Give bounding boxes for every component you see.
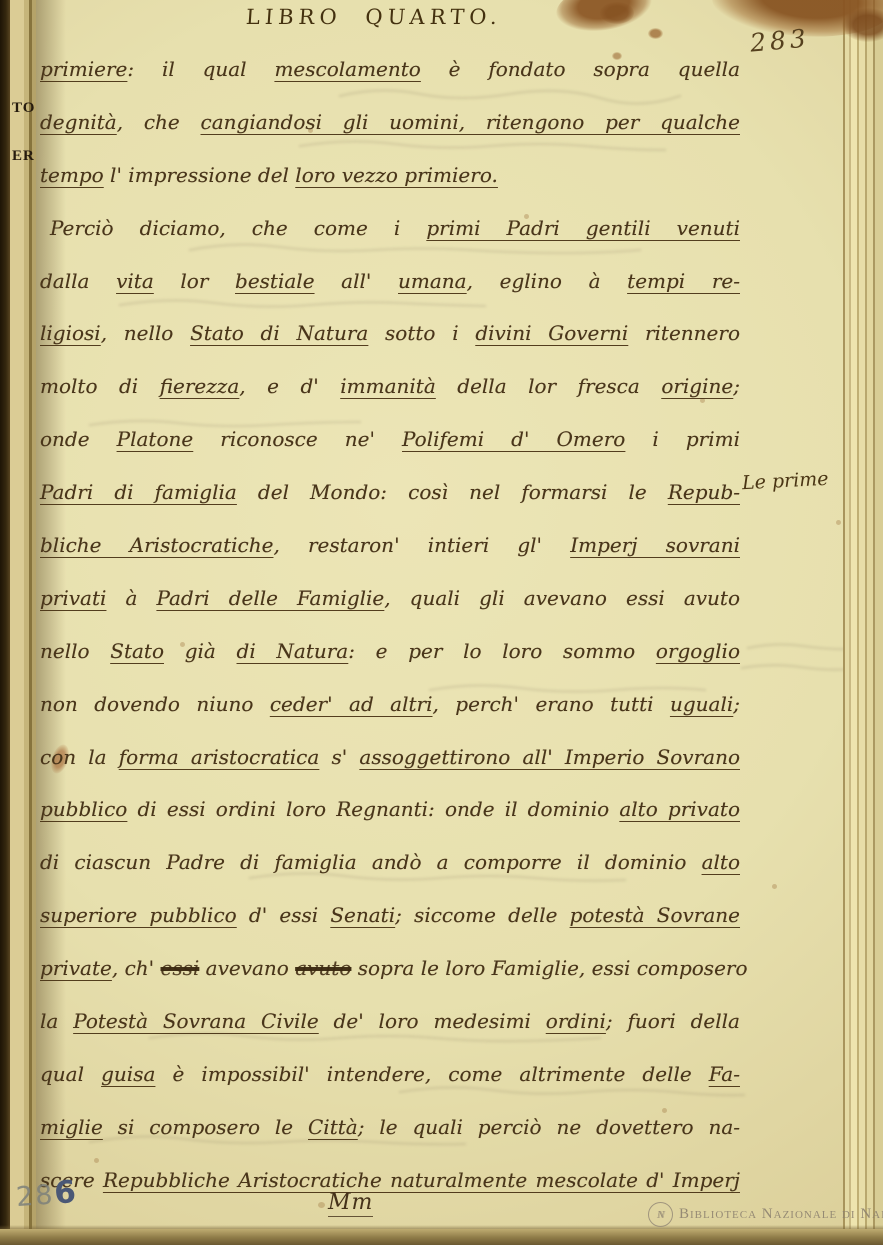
foxing-spot [836, 520, 841, 525]
manuscript-word-segment: Padri delle Famiglie [156, 586, 384, 610]
manuscript-line: superiore pubblico d' essi Senati; sicco… [40, 889, 740, 942]
manuscript-word-segment: à [106, 586, 156, 610]
manuscript-word-segment: bestiale [235, 269, 315, 293]
manuscript-line: primiere: il qual mescolamento è fondato… [40, 43, 740, 96]
manuscript-word-segment: già [164, 639, 237, 663]
manuscript-word-segment: assoggettirono all' Imperio Sovrano [359, 745, 740, 769]
manuscript-line: dalla vita lor bestiale all' umana, egli… [40, 255, 740, 308]
manuscript-word-segment: ; siccome delle [395, 903, 570, 927]
manuscript-word-segment: riconosce ne' [193, 427, 402, 451]
manuscript-word-segment: con la [40, 745, 119, 769]
manuscript-lines: primiere: il qual mescolamento è fondato… [40, 43, 740, 1207]
manuscript-word-segment: all' [315, 269, 399, 293]
page-title: LIBRO QUARTO. [245, 5, 507, 29]
manuscript-word-segment: fierezza [160, 374, 240, 398]
manuscript-word-segment: di essi ordini loro Regnanti: onde il do… [127, 797, 619, 821]
manuscript-word-segment: ; fuori della [606, 1009, 740, 1033]
manuscript-word-segment: i primi [625, 427, 740, 451]
folio-pencil-blue-digit: 6 [53, 1174, 79, 1212]
manuscript-word-segment: del Mondo: così nel formarsi le [237, 480, 668, 504]
manuscript-word-segment: nello [40, 639, 110, 663]
manuscript-word-segment: essi [161, 956, 200, 980]
manuscript-word-segment: ligiosi [40, 321, 101, 345]
manuscript-word-segment: pubblico [40, 797, 127, 821]
manuscript-word-segment: qual [40, 1062, 101, 1086]
manuscript-word-segment: : il qual [127, 57, 274, 81]
manuscript-word-segment: onde [40, 427, 117, 451]
manuscript-word-segment: , e d' [239, 374, 340, 398]
manuscript-word-segment: tempi re- [627, 269, 740, 293]
manuscript-word-segment: Repubbliche Aristocratiche naturalmente … [103, 1168, 740, 1192]
manuscript-word-segment: non dovendo niuno [40, 692, 270, 716]
manuscript-line: ligiosi, nello Stato di Natura sotto i d… [40, 307, 740, 360]
facing-page-text-fragment: ER [12, 148, 35, 165]
page-edge-stack [843, 0, 883, 1245]
manuscript-word-segment: cangiandosi gli uomini, ritengono per qu… [201, 110, 740, 134]
manuscript-word-segment: ; [733, 692, 740, 716]
manuscript-word-segment: molto di [40, 374, 160, 398]
manuscript-line: qual guisa è impossibil' intendere, come… [40, 1048, 740, 1101]
manuscript-word-segment: avuto [295, 956, 351, 980]
margin-note: Le prime [741, 468, 829, 494]
gathering-signature: Mm [328, 1190, 373, 1215]
manuscript-word-segment: privati [40, 586, 106, 610]
manuscript-word-segment: superiore pubblico [40, 903, 237, 927]
folio-pencil-grey-digits: 28 [15, 1180, 55, 1214]
manuscript-word-segment: l' impressione del [104, 163, 296, 187]
manuscript-word-segment: degnità [40, 110, 117, 134]
manuscript-word-segment: tempo [40, 163, 104, 187]
manuscript-word-segment: umana [398, 269, 467, 293]
manuscript-word-segment: private [40, 956, 112, 980]
manuscript-word-segment: , che [117, 110, 201, 134]
manuscript-word-segment: Platone [117, 427, 194, 451]
manuscript-line: non dovendo niuno ceder' ad altri, perch… [40, 678, 740, 731]
manuscript-word-segment: , ch' [112, 956, 161, 980]
manuscript-line: onde Platone riconosce ne' Polifemi d' O… [40, 413, 740, 466]
manuscript-word-segment: bliche Aristocratiche [40, 533, 273, 557]
manuscript-word-segment: di Natura [237, 639, 349, 663]
manuscript-word-segment: della lor fresca [436, 374, 662, 398]
manuscript-word-segment: : e per lo loro sommo [348, 639, 656, 663]
manuscript-line: degnità, che cangiandosi gli uomini, rit… [40, 96, 740, 149]
manuscript-word-segment: vita [116, 269, 154, 293]
manuscript-word-segment: alto privato [619, 797, 740, 821]
library-stamp-text: Biblioteca Nazionale di Napoli [679, 1206, 883, 1223]
manuscript-word-segment: Potestà Sovrana Civile [73, 1009, 318, 1033]
facing-page-edge: TO ER [10, 0, 36, 1245]
manuscript-word-segment: alto [702, 850, 740, 874]
manuscript-line: private, ch' essi avevano avuto sopra le… [40, 942, 740, 995]
manuscript-word-segment: ceder' ad altri [270, 692, 433, 716]
manuscript-line: pubblico di essi ordini loro Regnanti: o… [40, 783, 740, 836]
gathering-signature-text: Mm [328, 1190, 373, 1217]
manuscript-word-segment: Padri di famiglia [40, 480, 237, 504]
manuscript-line: Perciò diciamo, che come i primi Padri g… [40, 202, 740, 255]
manuscript-word-segment: , perch' erano tutti [432, 692, 669, 716]
page-number-ink: 283 [749, 23, 811, 57]
manuscript-word-segment: è impossibil' intendere, come altrimente… [155, 1062, 708, 1086]
manuscript-word-segment: di ciascun Padre di famiglia andò a comp… [40, 850, 702, 874]
manuscript-word-segment: loro vezzo primiero. [295, 163, 498, 187]
manuscript-word-segment: ; le quali perciò ne dovettero na- [358, 1115, 740, 1139]
facing-page-text-fragment: TO [12, 100, 35, 117]
manuscript-line: nello Stato già di Natura: e per lo loro… [40, 625, 740, 678]
manuscript-line: bliche Aristocratiche, restaron' intieri… [40, 519, 740, 572]
manuscript-word-segment: Imperj sovrani [570, 533, 740, 557]
manuscript-word-segment: potestà Sovrane [570, 903, 740, 927]
manuscript-word-segment: sotto i [368, 321, 475, 345]
manuscript-line: la Potestà Sovrana Civile de' loro medes… [40, 995, 740, 1048]
manuscript-word-segment: Perciò diciamo, che come i [50, 216, 426, 240]
manuscript-line: privati à Padri delle Famiglie, quali gl… [40, 572, 740, 625]
manuscript-word-segment: è fondato sopra quella [421, 57, 740, 81]
manuscript-word-segment: Repub- [668, 480, 740, 504]
manuscript-word-segment: Stato di Natura [190, 321, 368, 345]
bottom-page-edges [0, 1229, 883, 1245]
manuscript-line: scere Repubbliche Aristocratiche natural… [40, 1154, 740, 1207]
manuscript-word-segment: lor [154, 269, 235, 293]
manuscript-line: miglie si composero le Città; le quali p… [40, 1101, 740, 1154]
manuscript-word-segment: si composero le [103, 1115, 308, 1139]
manuscript-line: con la forma aristocratica s' assoggetti… [40, 731, 740, 784]
manuscript-word-segment: , eglino à [467, 269, 628, 293]
manuscript-word-segment: primiere [40, 57, 127, 81]
manuscript-word-segment: Stato [110, 639, 164, 663]
manuscript-word-segment: Senati [330, 903, 395, 927]
manuscript-word-segment: Fa- [709, 1062, 740, 1086]
manuscript-word-segment: ordini [546, 1009, 606, 1033]
manuscript-word-segment: avevano [199, 956, 295, 980]
manuscript-word-segment: s' [319, 745, 359, 769]
manuscript-line: tempo l' impressione del loro vezzo prim… [40, 149, 740, 202]
manuscript-word-segment: guisa [101, 1062, 155, 1086]
manuscript-word-segment: miglie [40, 1115, 103, 1139]
book-gutter-binding [0, 0, 10, 1245]
library-stamp-monogram-icon: N [648, 1202, 673, 1227]
manuscript-line: molto di fierezza, e d' immanità della l… [40, 360, 740, 413]
folio-number-pencil: 286 [15, 1174, 79, 1214]
manuscript-word-segment: , nello [101, 321, 190, 345]
foxing-spot [772, 884, 777, 889]
manuscript-line: di ciascun Padre di famiglia andò a comp… [40, 836, 740, 889]
manuscript-word-segment: mescolamento [274, 57, 420, 81]
library-stamp: N Biblioteca Nazionale di Napoli [648, 1202, 883, 1227]
manuscript-word-segment: uguali [670, 692, 733, 716]
manuscript-word-segment: la [40, 1009, 73, 1033]
manuscript-word-segment: forma aristocratica [119, 745, 320, 769]
manuscript-word-segment: , restaron' intieri gl' [273, 533, 570, 557]
manuscript-word-segment: divini Governi [475, 321, 628, 345]
manuscript-word-segment: ritennero [628, 321, 740, 345]
manuscript-word-segment: origine [661, 374, 733, 398]
manuscript-word-segment: , quali gli avevano essi avuto [384, 586, 740, 610]
manuscript-word-segment: immanità [340, 374, 436, 398]
manuscript-word-segment: d' essi [237, 903, 331, 927]
manuscript-page-scan: TO ER LIBRO QUARTO. 283 primiere: il qua… [0, 0, 883, 1245]
manuscript-word-segment: orgoglio [656, 639, 740, 663]
manuscript-word-segment: primi Padri gentili venuti [426, 216, 740, 240]
manuscript-word-segment: dalla [40, 269, 116, 293]
manuscript-word-segment: de' loro medesimi [319, 1009, 546, 1033]
manuscript-line: Padri di famiglia del Mondo: così nel fo… [40, 466, 740, 519]
manuscript-word-segment: sopra le loro Famiglie, essi composero [351, 956, 747, 980]
manuscript-word-segment: ; [733, 374, 740, 398]
manuscript-word-segment: Città [308, 1115, 358, 1139]
manuscript-word-segment: Polifemi d' Omero [402, 427, 625, 451]
